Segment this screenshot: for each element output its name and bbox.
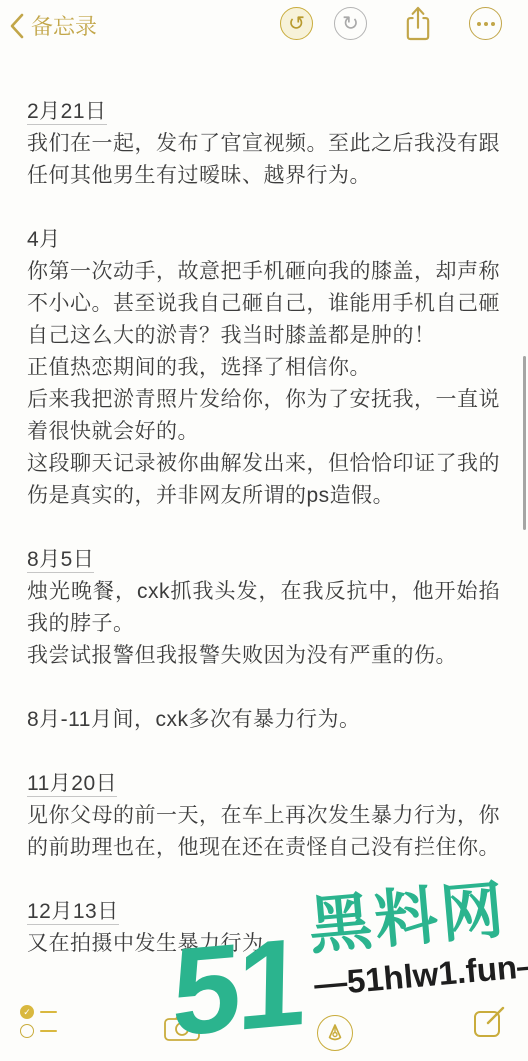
markup-pen-icon — [317, 1015, 353, 1051]
compose-button[interactable] — [472, 1003, 508, 1044]
note-text-line: 4月 — [27, 224, 500, 256]
note-blank-line — [27, 672, 500, 704]
back-chevron-icon — [10, 13, 24, 39]
note-text-line: 后来我把淤青照片发给你，你为了安抚我，一直说着很快就会好的。 — [27, 384, 500, 448]
more-button[interactable] — [469, 7, 503, 41]
note-text-line: 见你父母的前一天，在车上再次发生暴力行为，你的前助理也在，他现在还在责怪自己没有… — [27, 800, 500, 864]
note-text-line: 又在拍摄中发生暴力行为。 — [27, 928, 500, 960]
undo-icon: ↺ — [288, 14, 305, 34]
share-icon — [403, 5, 433, 43]
share-button[interactable] — [403, 5, 437, 39]
redo-button[interactable]: ↻ — [334, 7, 368, 41]
undo-button[interactable]: ↺ — [280, 7, 314, 41]
markup-button[interactable] — [317, 1015, 353, 1051]
more-ellipsis-icon — [469, 7, 502, 40]
notes-app-screen: 备忘录 ↺ ↻ 2月21日我们在一起，发布了官宣视频。至此之后我没有跟任何其他男… — [0, 0, 528, 1061]
top-nav-bar: 备忘录 ↺ ↻ — [0, 0, 528, 54]
note-text-line: 我们在一起，发布了官宣视频。至此之后我没有跟任何其他男生有过暧昧、越界行为。 — [27, 128, 500, 192]
checklist-icon: ✓ — [20, 1005, 57, 1038]
back-button[interactable]: 备忘录 — [10, 10, 97, 41]
note-text-line: 这段聊天记录被你曲解发出来，但恰恰印证了我的伤是真实的，并非网友所谓的ps造假。 — [27, 448, 500, 512]
note-date-line: 11月20日 — [27, 768, 500, 800]
note-date-line: 12月13日 — [27, 896, 500, 928]
note-blank-line — [27, 512, 500, 544]
note-date-line: 8月5日 — [27, 544, 500, 576]
back-label: 备忘录 — [31, 10, 97, 41]
redo-icon: ↻ — [342, 14, 359, 34]
note-blank-line — [27, 192, 500, 224]
compose-icon — [472, 1003, 508, 1039]
camera-button[interactable] — [163, 1011, 201, 1048]
note-body[interactable]: 2月21日我们在一起，发布了官宣视频。至此之后我没有跟任何其他男生有过暧昧、越界… — [0, 64, 528, 960]
note-text-line: 你第一次动手，故意把手机砸向我的膝盖，却声称不小心。甚至说我自己砸自己，谁能用手… — [27, 256, 500, 352]
camera-icon — [163, 1011, 201, 1043]
note-text-line: 正值热恋期间的我，选择了相信你。 — [27, 352, 500, 384]
note-text-line: 我尝试报警但我报警失败因为没有严重的伤。 — [27, 640, 500, 672]
bottom-toolbar: ✓ — [0, 999, 528, 1061]
note-blank-line — [27, 736, 500, 768]
note-text-line: 烛光晚餐，cxk抓我头发，在我反抗中，他开始掐我的脖子。 — [27, 576, 500, 640]
scrollbar-thumb[interactable] — [523, 356, 526, 530]
note-text-line: 8月-11月间，cxk多次有暴力行为。 — [27, 704, 500, 736]
note-blank-line — [27, 864, 500, 896]
note-date-line: 2月21日 — [27, 96, 500, 128]
checklist-button[interactable]: ✓ — [20, 1005, 57, 1043]
